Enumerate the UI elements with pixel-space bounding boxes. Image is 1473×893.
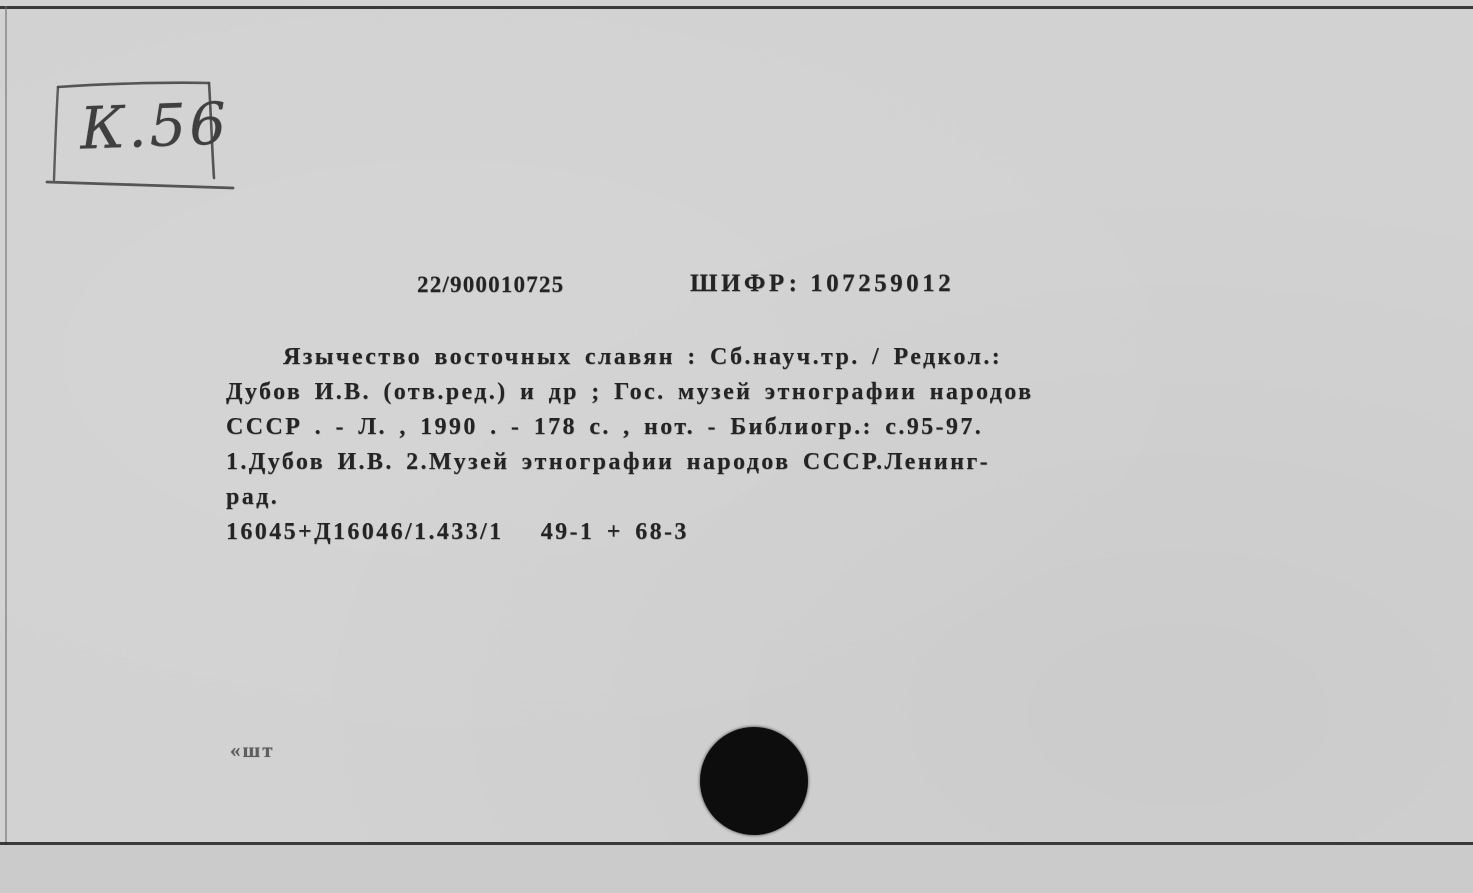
black-dot-mark <box>700 727 808 835</box>
handwritten-classmark: К.56 <box>79 93 230 158</box>
bib-line-imprint: СССР . - Л. , 1990 . - 178 с. , нот. - Б… <box>226 410 1346 445</box>
catalog-card-scan: К.56 22/900010725 ШИФР: 107259012 Язычес… <box>0 0 1473 893</box>
accession-number: 22/900010725 <box>417 272 564 298</box>
top-border-line <box>0 6 1473 9</box>
left-border-line <box>5 6 7 893</box>
bib-line-inventory-codes: 16045+Д16046/1.433/1 49-1 + 68-3 <box>226 515 1346 550</box>
bib-line-editors: Дубов И.В. (отв.ред.) и др ; Гос. музей … <box>226 375 1346 410</box>
stamp-text: «шт <box>230 738 275 763</box>
bib-line-title: Язычество восточных славян : Сб.науч.тр.… <box>226 340 1346 375</box>
cipher-code: ШИФР: 107259012 <box>690 270 954 298</box>
bib-line-tracings: 1.Дубов И.В. 2.Музей этнографии народов … <box>226 445 1346 480</box>
bibliographic-description: Язычество восточных славян : Сб.науч.тр.… <box>226 340 1346 550</box>
scan-edge-strip <box>0 845 1473 893</box>
bib-line-tracings-cont: рад. <box>226 480 1346 515</box>
